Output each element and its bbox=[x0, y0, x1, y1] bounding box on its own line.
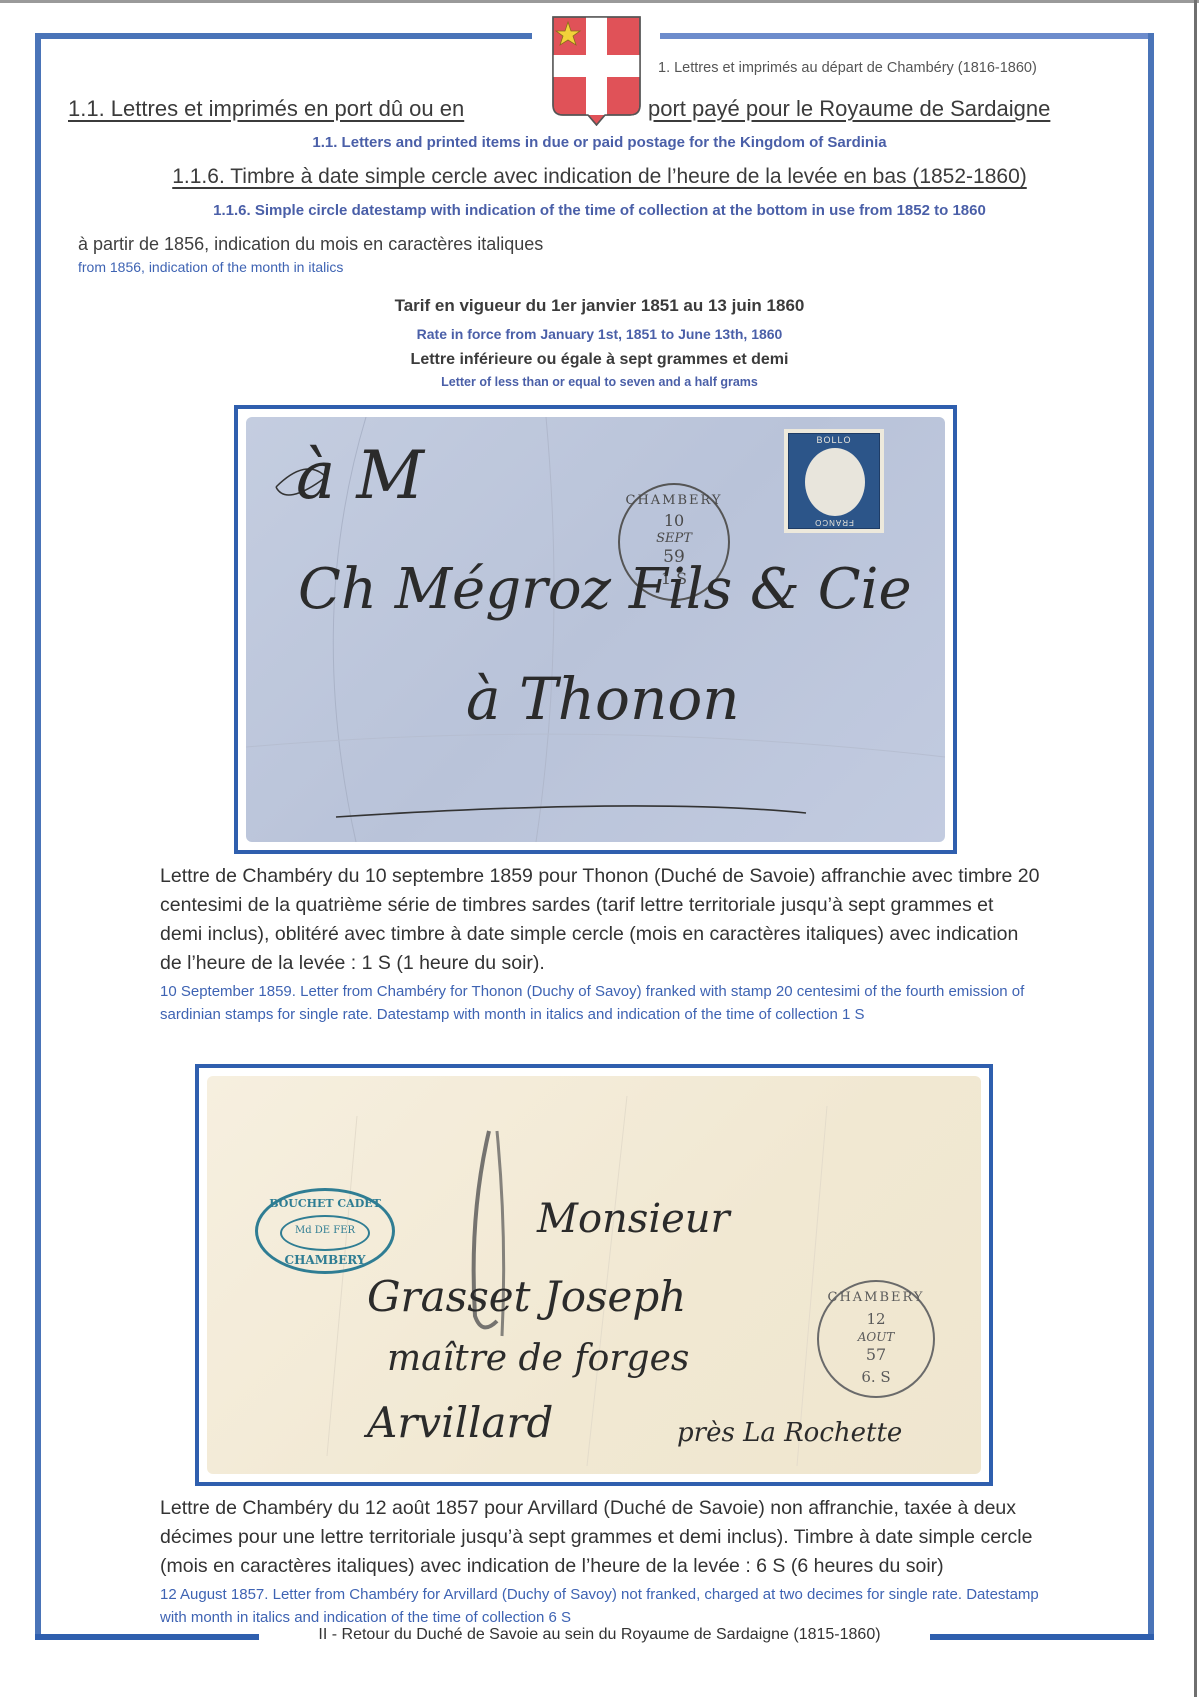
stamp-bottom-text: FRANCO bbox=[789, 518, 879, 527]
savoy-shield-icon bbox=[550, 15, 643, 130]
frame-top-left bbox=[35, 33, 532, 39]
section-title-right: port payé pour le Royaume de Sardaigne bbox=[648, 96, 1050, 122]
address-line-1: à M bbox=[296, 437, 424, 514]
tarif-fr: Tarif en vigueur du 1er janvier 1851 au … bbox=[0, 296, 1199, 316]
note-en: from 1856, indication of the month in it… bbox=[78, 259, 343, 275]
cachet-bouchet-cadet: BOUCHET CADET Md DE FER CHAMBERY bbox=[255, 1188, 395, 1274]
cover-2-image: BOUCHET CADET Md DE FER CHAMBERY CHAMBER… bbox=[207, 1076, 981, 1474]
address-line-2: Ch Mégroz Fils & Cie bbox=[298, 557, 912, 622]
address-line-5: près La Rochette bbox=[677, 1418, 902, 1448]
postmark-chambery-1857: CHAMBERY 12 AOUT 57 6. S bbox=[817, 1280, 935, 1398]
cover-2-frame: BOUCHET CADET Md DE FER CHAMBERY CHAMBER… bbox=[195, 1064, 993, 1486]
frame-left bbox=[35, 33, 41, 1640]
cover-1-image: BOLLO FRANCO CHAMBERY 10 SEPT 59 1 S à M… bbox=[246, 417, 945, 842]
section-title-left: 1.1. Lettres et imprimés en port dû ou e… bbox=[68, 96, 464, 122]
chapter-title: 1. Lettres et imprimés au départ de Cham… bbox=[658, 60, 1037, 76]
page-footer: II - Retour du Duché de Savoie au sein d… bbox=[0, 1626, 1199, 1644]
subsection-title: 1.1.6. Timbre à date simple cercle avec … bbox=[0, 165, 1199, 189]
weight-en: Letter of less than or equal to seven an… bbox=[0, 375, 1199, 389]
tarif-en: Rate in force from January 1st, 1851 to … bbox=[0, 326, 1199, 342]
cover-1-frame: BOLLO FRANCO CHAMBERY 10 SEPT 59 1 S à M… bbox=[234, 405, 957, 854]
cover-2-description-en: 12 August 1857. Letter from Chambéry for… bbox=[160, 1583, 1040, 1629]
scan-edge-right bbox=[1194, 0, 1197, 1697]
stamp-20-centesimi: BOLLO FRANCO bbox=[784, 429, 884, 533]
stamp-top-text: BOLLO bbox=[789, 435, 879, 445]
note-fr: à partir de 1856, indication du mois en … bbox=[78, 234, 543, 255]
subsection-title-en: 1.1.6. Simple circle datestamp with indi… bbox=[0, 202, 1199, 219]
frame-top-right bbox=[660, 33, 1154, 39]
address-line-3: à Thonon bbox=[466, 665, 740, 733]
cover-2-description-fr: Lettre de Chambéry du 12 août 1857 pour … bbox=[160, 1494, 1040, 1581]
section-title-en: 1.1. Letters and printed items in due or… bbox=[0, 134, 1199, 151]
scan-edge-top bbox=[0, 0, 1199, 3]
frame-right bbox=[1148, 33, 1154, 1640]
address-line-1: Monsieur bbox=[537, 1196, 730, 1242]
weight-fr: Lettre inférieure ou égale à sept gramme… bbox=[0, 351, 1199, 369]
cover-1-description-fr: Lettre de Chambéry du 10 septembre 1859 … bbox=[160, 862, 1040, 978]
address-line-3: maître de forges bbox=[387, 1338, 689, 1379]
cover-1-description-en: 10 September 1859. Letter from Chambéry … bbox=[160, 980, 1040, 1026]
address-line-4: Arvillard bbox=[367, 1398, 553, 1447]
address-line-2: Grasset Joseph bbox=[367, 1272, 686, 1321]
